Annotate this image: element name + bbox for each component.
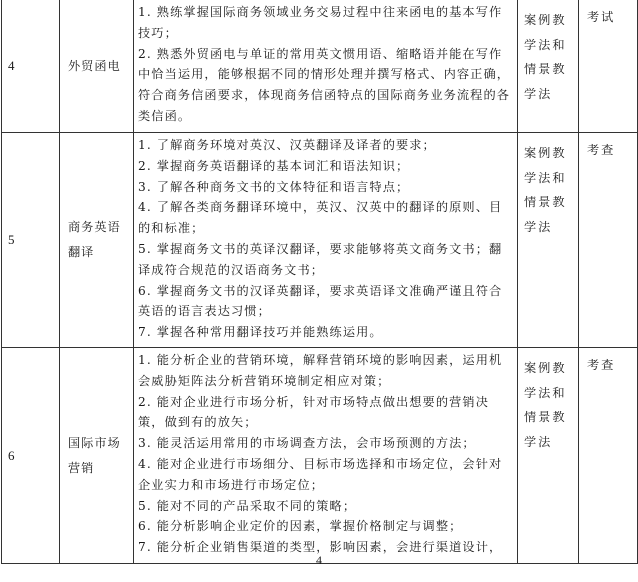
row-number: 6 xyxy=(2,348,60,564)
objective-item: 2. 掌握商务英语翻译的基本词汇和语法知识； xyxy=(138,156,513,177)
objective-item: 7. 掌握各种常用翻译技巧并能熟练运用。 xyxy=(138,322,513,343)
row-number: 4 xyxy=(2,0,60,133)
course-name: 外贸函电 xyxy=(60,0,134,133)
objective-item: 1. 了解商务环境对英汉、汉英翻译及译者的要求； xyxy=(138,135,513,156)
teaching-method: 案例教学法和情景教学法 xyxy=(518,348,579,564)
objective-item: 3. 能灵活运用常用的市场调查方法，会市场预测的方法； xyxy=(138,433,513,454)
page-number: 4 xyxy=(0,553,638,568)
objective-item: 2. 能对企业进行市场分析，针对市场特点做出想要的营销决策，做到有的放矢； xyxy=(138,392,513,434)
objective-item: 4. 能对企业进行市场细分、目标市场选择和市场定位，会针对企业实力和市场进行市场… xyxy=(138,454,513,496)
objective-item: 5. 能对不同的产品采取不同的策略； xyxy=(138,496,513,517)
objective-item: 1. 熟练掌握国际商务领域业务交易过程中往来函电的基本写作技巧； xyxy=(138,2,513,44)
objective-item: 5. 掌握商务文书的英译汉翻译，要求能够将英文商务文书；翻译成符合规范的汉语商务… xyxy=(138,239,513,281)
course-name: 商务英语翻译 xyxy=(60,133,134,348)
course-table: 4 外贸函电 1. 熟练掌握国际商务领域业务交易过程中往来函电的基本写作技巧； … xyxy=(1,0,638,564)
objective-item: 2. 熟悉外贸函电与单证的常用英文惯用语、缩略语并能在写作中恰当运用，能够根据不… xyxy=(138,44,513,127)
objective-item: 3. 了解各种商务文书的文体特征和语言特点； xyxy=(138,177,513,198)
assessment-type: 考试 xyxy=(579,0,638,133)
row-number: 5 xyxy=(2,133,60,348)
assessment-type: 考查 xyxy=(579,133,638,348)
table-row: 6 国际市场营销 1. 能分析企业的营销环境，解释营销环境的影响因素，运用机会威… xyxy=(2,348,638,564)
course-name: 国际市场营销 xyxy=(60,348,134,564)
course-objectives: 1. 熟练掌握国际商务领域业务交易过程中往来函电的基本写作技巧； 2. 熟悉外贸… xyxy=(134,0,518,133)
course-objectives: 1. 能分析企业的营销环境，解释营销环境的影响因素，运用机会威胁矩阵法分析营销环… xyxy=(134,348,518,564)
objective-item: 1. 能分析企业的营销环境，解释营销环境的影响因素，运用机会威胁矩阵法分析营销环… xyxy=(138,350,513,392)
objective-item: 4. 了解各类商务翻译环境中，英汉、汉英中的翻译的原则、目的和标准； xyxy=(138,197,513,239)
teaching-method: 案例教学法和情景教学法 xyxy=(518,0,579,133)
assessment-type: 考查 xyxy=(579,348,638,564)
objective-item: 6. 掌握商务文书的汉译英翻译，要求英语译文准确严谨且符合英语的语言表达习惯； xyxy=(138,281,513,323)
course-objectives: 1. 了解商务环境对英汉、汉英翻译及译者的要求； 2. 掌握商务英语翻译的基本词… xyxy=(134,133,518,348)
objective-item: 6. 能分析影响企业定价的因素，掌握价格制定与调整； xyxy=(138,516,513,537)
table-row: 5 商务英语翻译 1. 了解商务环境对英汉、汉英翻译及译者的要求； 2. 掌握商… xyxy=(2,133,638,348)
teaching-method: 案例教学法和情景教学法 xyxy=(518,133,579,348)
table-row: 4 外贸函电 1. 熟练掌握国际商务领域业务交易过程中往来函电的基本写作技巧； … xyxy=(2,0,638,133)
